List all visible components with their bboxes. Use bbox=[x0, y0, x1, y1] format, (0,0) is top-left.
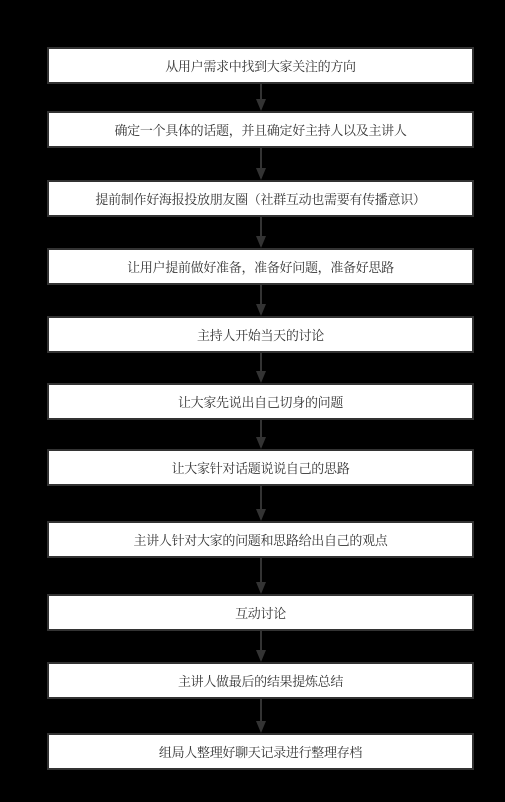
flow-step-4: 让用户提前做好准备，准备好问题，准备好思路 bbox=[47, 248, 474, 285]
flow-step-label: 主讲人针对大家的问题和思路给出自己的观点 bbox=[133, 530, 387, 549]
flow-step-11: 组局人整理好聊天记录进行整理存档 bbox=[47, 733, 474, 770]
arrow-line bbox=[260, 558, 262, 584]
flow-step-label: 让大家针对话题说说自己的思路 bbox=[172, 458, 350, 477]
arrow-line bbox=[260, 699, 262, 723]
arrow-down-icon bbox=[256, 420, 266, 449]
arrowhead-icon bbox=[256, 650, 266, 662]
arrowhead-icon bbox=[256, 304, 266, 316]
arrow-line bbox=[260, 217, 262, 238]
arrowhead-icon bbox=[256, 99, 266, 111]
flow-step-label: 让大家先说出自己切身的问题 bbox=[178, 392, 343, 411]
arrowhead-icon bbox=[256, 509, 266, 521]
flow-step-label: 主讲人做最后的结果提炼总结 bbox=[178, 671, 343, 690]
arrow-down-icon bbox=[256, 84, 266, 111]
flow-step-1: 从用户需求中找到大家关注的方向 bbox=[47, 47, 474, 84]
flow-step-5: 主持人开始当天的讨论 bbox=[47, 316, 474, 353]
arrowhead-icon bbox=[256, 721, 266, 733]
flow-step-label: 组局人整理好聊天记录进行整理存档 bbox=[159, 742, 362, 761]
flow-step-label: 确定一个具体的话题，并且确定好主持人以及主讲人 bbox=[114, 120, 406, 139]
arrowhead-icon bbox=[256, 371, 266, 383]
arrow-down-icon bbox=[256, 285, 266, 316]
arrow-line bbox=[260, 285, 262, 306]
flow-step-label: 提前制作好海报投放朋友圈（社群互动也需要有传播意识） bbox=[95, 189, 425, 208]
flow-step-label: 主持人开始当天的讨论 bbox=[197, 325, 324, 344]
flow-step-9: 互动讨论 bbox=[47, 594, 474, 631]
arrow-line bbox=[260, 631, 262, 652]
arrow-down-icon bbox=[256, 558, 266, 594]
arrowhead-icon bbox=[256, 168, 266, 180]
arrow-down-icon bbox=[256, 148, 266, 180]
arrow-down-icon bbox=[256, 353, 266, 383]
arrow-line bbox=[260, 148, 262, 170]
arrow-down-icon bbox=[256, 631, 266, 662]
arrow-down-icon bbox=[256, 699, 266, 733]
flow-step-6: 让大家先说出自己切身的问题 bbox=[47, 383, 474, 420]
flow-step-2: 确定一个具体的话题，并且确定好主持人以及主讲人 bbox=[47, 111, 474, 148]
arrowhead-icon bbox=[256, 236, 266, 248]
flow-step-8: 主讲人针对大家的问题和思路给出自己的观点 bbox=[47, 521, 474, 558]
flow-step-7: 让大家针对话题说说自己的思路 bbox=[47, 449, 474, 486]
flow-step-label: 让用户提前做好准备，准备好问题，准备好思路 bbox=[127, 257, 394, 276]
flow-step-10: 主讲人做最后的结果提炼总结 bbox=[47, 662, 474, 699]
arrow-down-icon bbox=[256, 217, 266, 248]
flow-step-label: 从用户需求中找到大家关注的方向 bbox=[165, 56, 356, 75]
arrowhead-icon bbox=[256, 437, 266, 449]
arrowhead-icon bbox=[256, 582, 266, 594]
arrow-down-icon bbox=[256, 486, 266, 521]
flow-step-3: 提前制作好海报投放朋友圈（社群互动也需要有传播意识） bbox=[47, 180, 474, 217]
arrow-line bbox=[260, 353, 262, 373]
arrow-line bbox=[260, 486, 262, 511]
flow-step-label: 互动讨论 bbox=[235, 603, 286, 622]
